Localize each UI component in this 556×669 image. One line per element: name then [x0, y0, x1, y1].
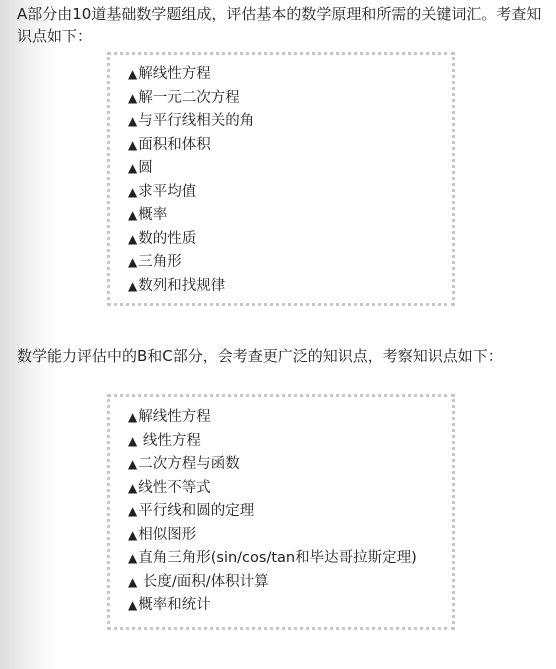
triangle-bullet-icon: ▲ — [128, 481, 137, 495]
list-item: ▲相似图形 — [128, 524, 452, 548]
triangle-bullet-icon: ▲ — [128, 457, 137, 471]
list-item: ▲概率 — [128, 204, 452, 228]
triangle-bullet-icon: ▲ — [128, 255, 137, 269]
triangle-bullet-icon: ▲ — [128, 232, 137, 246]
list-item: ▲与平行线相关的角 — [128, 110, 452, 134]
list-item: ▲三角形 — [128, 251, 452, 275]
triangle-bullet-icon: ▲ — [128, 138, 137, 152]
section-bc-intro: 数学能力评估中的B和C部分，会考查更广泛的知识点，考察知识点如下： — [17, 345, 542, 367]
triangle-bullet-icon: ▲ — [128, 551, 137, 565]
triangle-bullet-icon: ▲ — [128, 279, 137, 293]
triangle-bullet-icon: ▲ — [128, 114, 137, 128]
triangle-bullet-icon: ▲ — [128, 91, 137, 105]
triangle-bullet-icon: ▲ — [128, 161, 137, 175]
triangle-bullet-icon: ▲ — [128, 208, 137, 222]
triangle-bullet-icon: ▲ — [128, 67, 137, 81]
list-item: ▲线性不等式 — [128, 477, 452, 501]
list-item: ▲ 线性方程 — [128, 430, 452, 454]
list-item: ▲求平均值 — [128, 181, 452, 205]
section-bc-topic-box: ▲解线性方程 ▲ 线性方程 ▲二次方程与函数 ▲线性不等式 ▲平行线和圆的定理 … — [107, 394, 455, 630]
list-item: ▲解线性方程 — [128, 63, 452, 87]
list-item: ▲直角三角形(sin/cos/tan和毕达哥拉斯定理) — [128, 547, 452, 571]
triangle-bullet-icon: ▲ — [128, 434, 137, 448]
list-item: ▲ 长度/面积/体积计算 — [128, 571, 452, 595]
list-item: ▲面积和体积 — [128, 134, 452, 158]
triangle-bullet-icon: ▲ — [128, 528, 137, 542]
triangle-bullet-icon: ▲ — [128, 575, 137, 589]
section-a-intro: A部分由10道基础数学题组成，评估基本的数学原理和所需的关键词汇。考查知识点如下… — [17, 3, 542, 47]
list-item: ▲数列和找规律 — [128, 275, 452, 299]
triangle-bullet-icon: ▲ — [128, 598, 137, 612]
triangle-bullet-icon: ▲ — [128, 185, 137, 199]
list-item: ▲二次方程与函数 — [128, 453, 452, 477]
list-item: ▲平行线和圆的定理 — [128, 500, 452, 524]
list-item: ▲概率和统计 — [128, 594, 452, 618]
list-item: ▲解线性方程 — [128, 406, 452, 430]
triangle-bullet-icon: ▲ — [128, 504, 137, 518]
list-item: ▲圆 — [128, 157, 452, 181]
triangle-bullet-icon: ▲ — [128, 410, 137, 424]
list-item: ▲数的性质 — [128, 228, 452, 252]
list-item: ▲解一元二次方程 — [128, 87, 452, 111]
section-a-topic-box: ▲解线性方程 ▲解一元二次方程 ▲与平行线相关的角 ▲面积和体积 ▲圆 ▲求平均… — [107, 52, 455, 306]
